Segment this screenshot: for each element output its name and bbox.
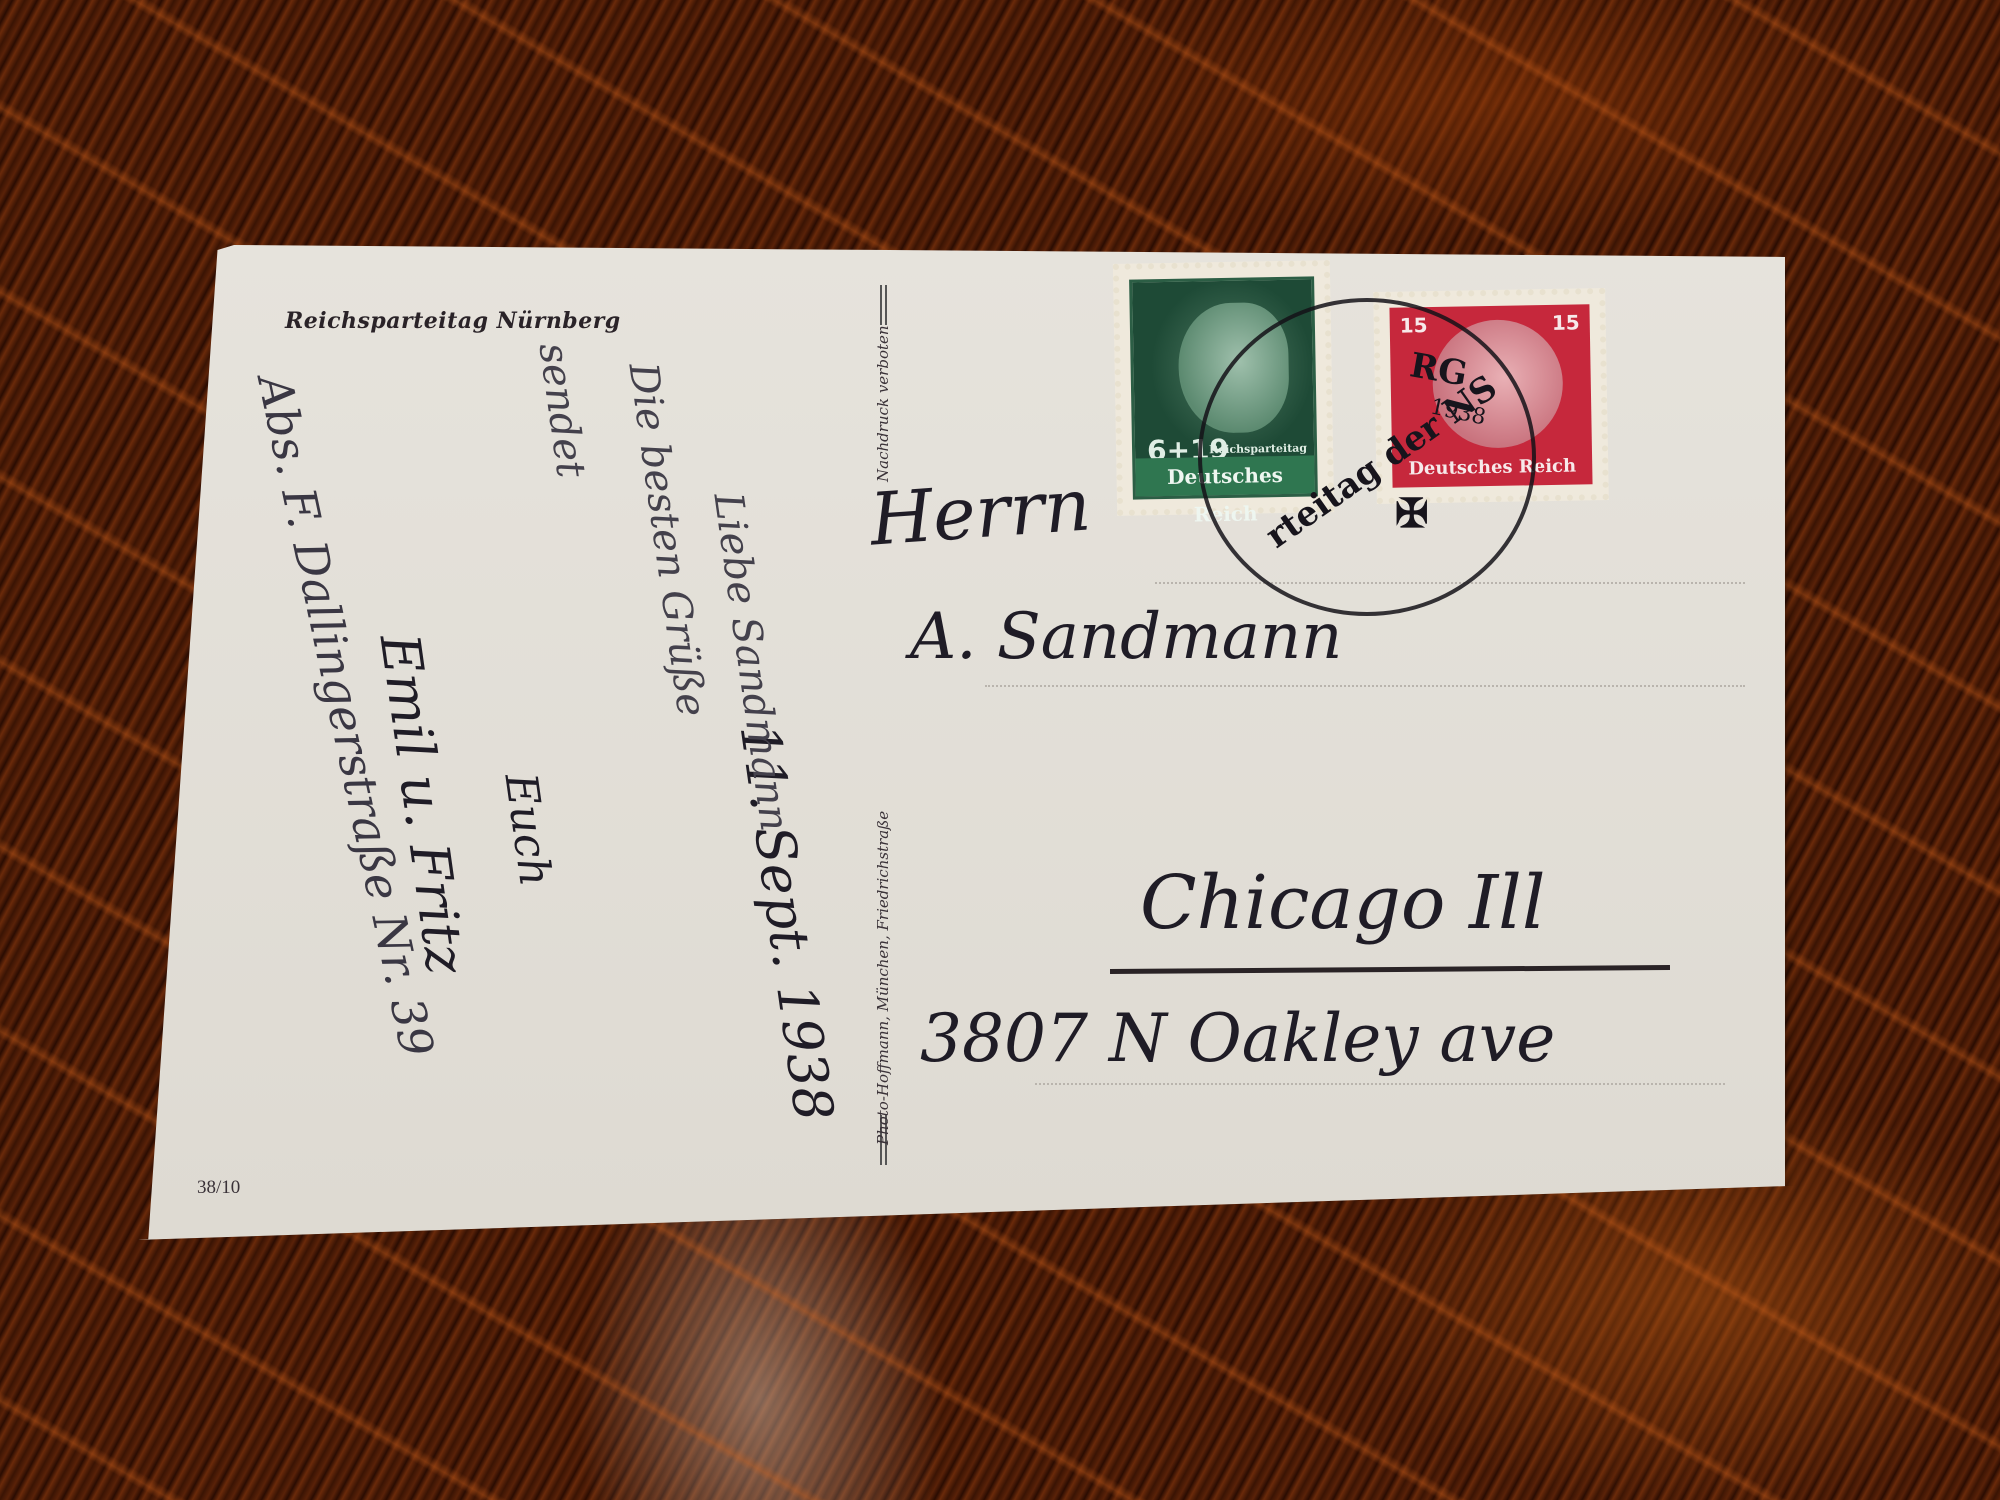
recipient-street: 3807 N Oakley ave [920,1000,1555,1077]
recipient-city: Chicago Ill [1140,860,1546,946]
address-line [1035,1083,1725,1085]
recipient-salutation: Herrn [867,462,1093,561]
eagle-emblem-icon: ✠ [1395,490,1429,537]
stamp-value-right: 15 [1552,310,1580,334]
catalog-number: 38/10 [197,1177,240,1199]
publisher-line: Photo-Hoffmann, München, Friedrichstraße [874,811,892,1145]
copyright-note: Nachdruck verboten [874,325,892,482]
publisher-imprint: Photo-Hoffmann, München, Friedrichstraße… [863,325,903,1145]
recipient-name: A. Sandmann [910,600,1342,674]
postcard-title: Reichsparteitag Nürnberg [285,308,621,334]
address-line [1195,1250,1715,1252]
address-line [985,685,1745,687]
